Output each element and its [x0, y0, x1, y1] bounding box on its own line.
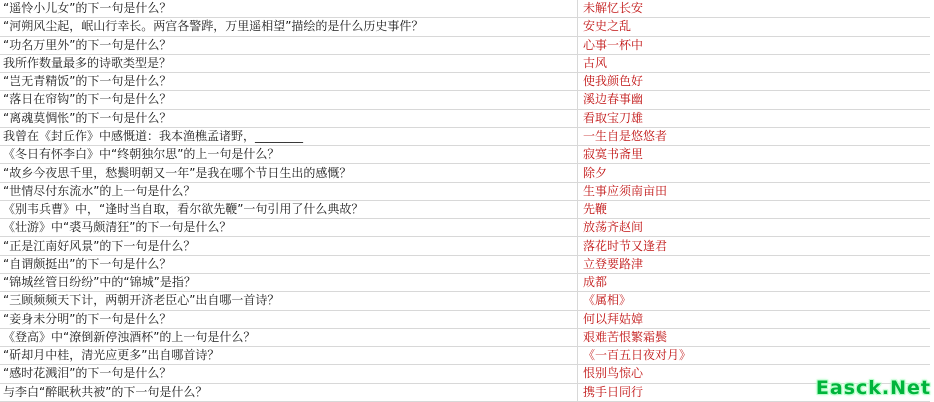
question-cell: “离魂莫惆怅”的下一句是什么？ [0, 110, 578, 127]
question-cell: “河朔风尘起，岷山行幸长。两宫各警跸，万里遥相望”描绘的是什么历史事件？ [0, 18, 578, 35]
table-row: “正是江南好风景”的下一句是什么？ 落花时节又逢君 [0, 237, 930, 255]
question-cell: “锦城丝管日纷纷”中的“锦城”是指？ [0, 274, 578, 291]
answer-cell: 放荡齐赵间 [578, 219, 930, 236]
table-row: 《登高》中“潦倒新停浊酒杯”的上一句是什么？ 艰难苦恨繁霜鬓 [0, 329, 930, 347]
table-row: 我所作数量最多的诗歌类型是？ 古风 [0, 55, 930, 73]
table-row: “自谓颇挺出”的下一句是什么？ 立登要路津 [0, 256, 930, 274]
question-cell: “遥怜小儿女”的下一句是什么？ [0, 0, 578, 17]
answer-cell: 何以拜姑嫜 [578, 311, 930, 328]
table-row: “斫却月中桂，清光应更多”出自哪首诗？ 《一百五日夜对月》 [0, 347, 930, 365]
answer-cell: 生事应须南亩田 [578, 183, 930, 200]
answer-cell: 落花时节又逢君 [578, 237, 930, 254]
table-row: 《别韦兵曹》中，“逢时当自取，看尔欲先鞭”一句引用了什么典故？ 先鞭 [0, 201, 930, 219]
answer-cell: 溪边春事幽 [578, 91, 930, 108]
question-cell: “自谓颇挺出”的下一句是什么？ [0, 256, 578, 273]
table-row: “故乡今夜思千里，愁鬓明朝又一年”是我在哪个节日生出的感慨？ 除夕 [0, 164, 930, 182]
answer-cell: 寂寞书斋里 [578, 146, 930, 163]
table-row: “落日在帘钩”的下一句是什么？ 溪边春事幽 [0, 91, 930, 109]
table-row: “三顾频频天下计，两朝开济老臣心”出自哪一首诗？ 《属相》 [0, 292, 930, 310]
question-cell: 《冬日有怀李白》中“终朝独尔思”的上一句是什么？ [0, 146, 578, 163]
table-row: 与李白“醉眠秋共被”的下一句是什么？ 携手日同行 [0, 384, 930, 402]
question-cell: “三顾频频天下计，两朝开济老臣心”出自哪一首诗？ [0, 292, 578, 309]
table-row: 《壮游》中“裘马颇清狂”的下一句是什么？ 放荡齐赵间 [0, 219, 930, 237]
question-cell: “正是江南好风景”的下一句是什么？ [0, 237, 578, 254]
table-row: “世情尽付东流水”的上一句是什么？ 生事应须南亩田 [0, 183, 930, 201]
quiz-answer-sheet: “遥怜小儿女”的下一句是什么？ 未解忆长安 “河朔风尘起，岷山行幸长。两宫各警跸… [0, 0, 934, 402]
table-row: “岂无青精饭”的下一句是什么？ 使我颜色好 [0, 73, 930, 91]
table-row: “河朔风尘起，岷山行幸长。两宫各警跸，万里遥相望”描绘的是什么历史事件？ 安史之… [0, 18, 930, 36]
table-row: “感时花溅泪”的下一句是什么？ 恨别鸟惊心 [0, 365, 930, 383]
question-cell: “故乡今夜思千里，愁鬓明朝又一年”是我在哪个节日生出的感慨？ [0, 164, 578, 181]
watermark: Easck.Net [816, 377, 931, 399]
question-cell: “功名万里外”的下一句是什么？ [0, 37, 578, 54]
question-cell: “妾身未分明”的下一句是什么？ [0, 311, 578, 328]
table-row: “功名万里外”的下一句是什么？ 心事一杯中 [0, 37, 930, 55]
question-cell: 《登高》中“潦倒新停浊酒杯”的上一句是什么？ [0, 329, 578, 346]
answer-cell: 一生自是悠悠者 [578, 128, 930, 145]
question-cell: “落日在帘钩”的下一句是什么？ [0, 91, 578, 108]
answer-cell: 看取宝刀雄 [578, 110, 930, 127]
answer-cell: 立登要路津 [578, 256, 930, 273]
question-cell: “世情尽付东流水”的上一句是什么？ [0, 183, 578, 200]
question-cell: 《别韦兵曹》中，“逢时当自取，看尔欲先鞭”一句引用了什么典故？ [0, 201, 578, 218]
answer-cell: 未解忆长安 [578, 0, 930, 17]
answer-cell: 《属相》 [578, 292, 930, 309]
answer-cell: 古风 [578, 55, 930, 72]
table-row: “离魂莫惆怅”的下一句是什么？ 看取宝刀雄 [0, 110, 930, 128]
question-cell: “岂无青精饭”的下一句是什么？ [0, 73, 578, 90]
question-cell: “斫却月中桂，清光应更多”出自哪首诗？ [0, 347, 578, 364]
question-cell: 我所作数量最多的诗歌类型是？ [0, 55, 578, 72]
question-cell: “感时花溅泪”的下一句是什么？ [0, 365, 578, 382]
question-cell: 与李白“醉眠秋共被”的下一句是什么？ [0, 384, 578, 401]
table-row: “锦城丝管日纷纷”中的“锦城”是指？ 成都 [0, 274, 930, 292]
qa-table: “遥怜小儿女”的下一句是什么？ 未解忆长安 “河朔风尘起，岷山行幸长。两宫各警跸… [0, 0, 930, 402]
table-row: “遥怜小儿女”的下一句是什么？ 未解忆长安 [0, 0, 930, 18]
answer-cell: 成都 [578, 274, 930, 291]
table-row: 我曾在《封丘作》中感慨道：我本渔樵孟诸野，________ 一生自是悠悠者 [0, 128, 930, 146]
answer-cell: 除夕 [578, 164, 930, 181]
table-row: “妾身未分明”的下一句是什么？ 何以拜姑嫜 [0, 311, 930, 329]
answer-cell: 《一百五日夜对月》 [578, 347, 930, 364]
question-cell: 我曾在《封丘作》中感慨道：我本渔樵孟诸野，________ [0, 128, 578, 145]
answer-cell: 先鞭 [578, 201, 930, 218]
answer-cell: 使我颜色好 [578, 73, 930, 90]
answer-cell: 艰难苦恨繁霜鬓 [578, 329, 930, 346]
answer-cell: 安史之乱 [578, 18, 930, 35]
question-cell: 《壮游》中“裘马颇清狂”的下一句是什么？ [0, 219, 578, 236]
answer-cell: 心事一杯中 [578, 37, 930, 54]
table-row: 《冬日有怀李白》中“终朝独尔思”的上一句是什么？ 寂寞书斋里 [0, 146, 930, 164]
